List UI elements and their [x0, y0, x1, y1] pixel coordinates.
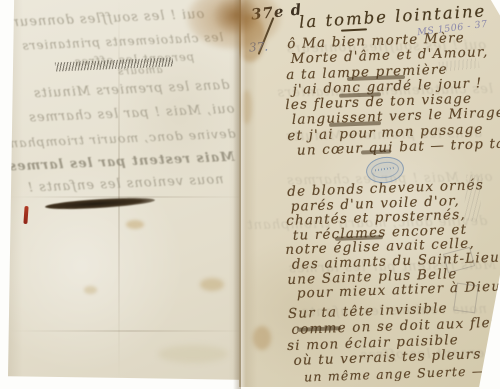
- bleedthrough-line: nous venions les enfants !: [27, 172, 224, 196]
- crease-horizontal: [8, 330, 253, 332]
- title-underline: [341, 28, 367, 31]
- page-fold-shadow: [233, 0, 241, 389]
- page-number-ink: 37e d: [250, 0, 303, 23]
- red-ink-mark: [23, 206, 28, 224]
- stain: [126, 220, 144, 229]
- stanza-1: ô Ma bien morte Mère Morte d'âme et d'Am…: [287, 29, 500, 159]
- stain: [200, 278, 224, 291]
- manuscript-photo: oui ! les souffles donneurs les chatoiem…: [0, 0, 500, 389]
- right-page: oui ! les souffles donneurs les chatoiem…: [239, 0, 500, 387]
- pencil-sketch: [453, 283, 479, 314]
- pencil-scribble: [463, 174, 482, 221]
- stain: [158, 345, 228, 363]
- page-fold-highlight: [241, 0, 246, 389]
- stain: [84, 286, 97, 294]
- bleedthrough-line: Mais restent par les larmes: [8, 150, 235, 175]
- left-page: oui ! les souffles donneurs les chatoiem…: [8, 0, 253, 380]
- bleedthrough-line: devine donc, mourir triomphant: [3, 126, 236, 151]
- bleedthrough-line: oui, Mais ! par les charmes: [28, 102, 235, 126]
- bleedthrough-text-block: oui ! les souffles donneurs les chatoiem…: [32, 2, 238, 200]
- bleedthrough-line: dans les premiers Minuits: [33, 78, 230, 102]
- page-number-pencil: 37.: [249, 39, 269, 54]
- bleedthrough-line: oui ! les souffles donneurs: [4, 7, 205, 31]
